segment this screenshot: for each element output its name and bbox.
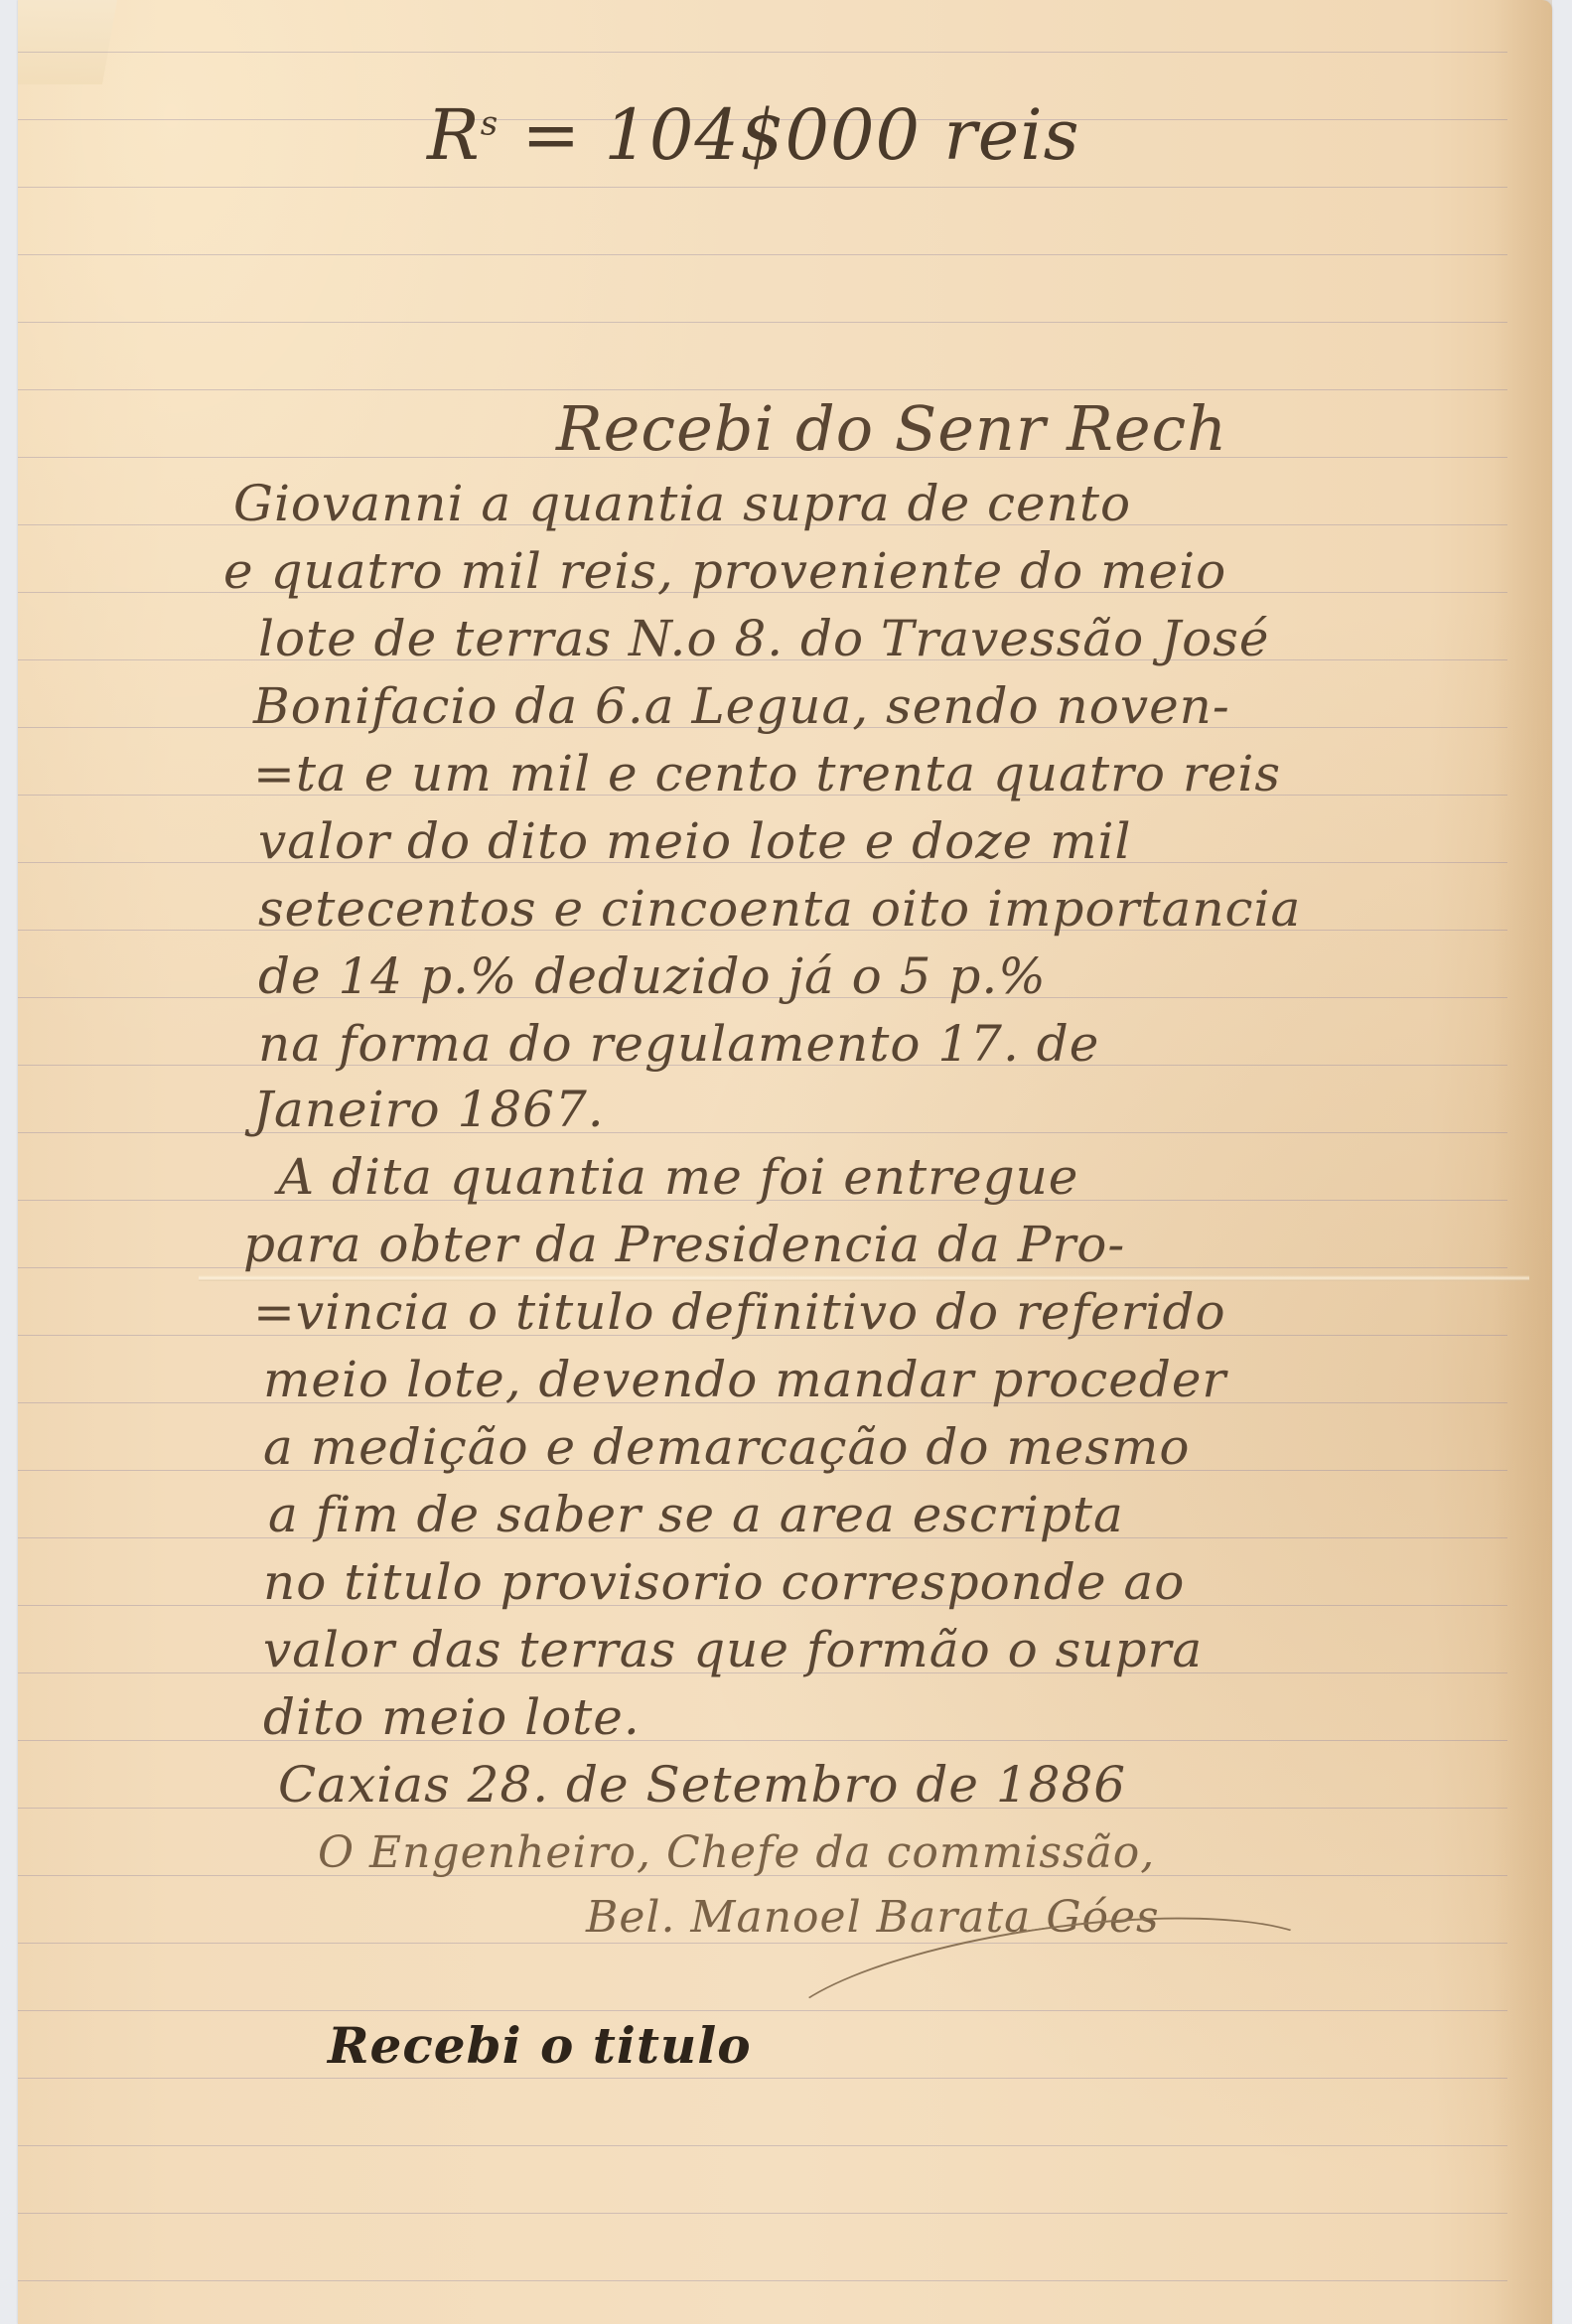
body-line: a medição e demarcação do mesmo [263, 1418, 1191, 1476]
amount-prefix: R [427, 94, 481, 176]
ruled-line [18, 2145, 1507, 2146]
ruled-line [18, 2280, 1507, 2281]
ruled-line [18, 2010, 1507, 2011]
body-line: Bonifacio da 6.a Legua, sendo noven- [253, 677, 1230, 735]
ruled-line [18, 1132, 1507, 1133]
amount-value: = 104$000 reis [521, 94, 1079, 176]
receipt-note: Recebi o titulo [328, 2016, 752, 2075]
body-line: no titulo provisorio corresponde ao [263, 1553, 1185, 1611]
body-line: dito meio lote. [263, 1688, 641, 1746]
body-line: valor das terras que formão o supra [263, 1621, 1203, 1678]
ruled-line [18, 389, 1507, 390]
body-line: Recebi do Senr Rech [556, 392, 1227, 465]
ruled-line [18, 1740, 1507, 1741]
body-line: =ta e um mil e cento trenta quatro reis [253, 745, 1281, 802]
ruled-line [18, 187, 1507, 188]
body-line: =vincia o titulo definitivo do referido [253, 1283, 1226, 1341]
body-line: na forma do regulamento 17. de [258, 1015, 1099, 1073]
body-line: para obter da Presidencia da Pro- [243, 1216, 1125, 1273]
fold-crease [199, 1275, 1529, 1281]
ruled-line [18, 254, 1507, 255]
amount-header: Rs = 104$000 reis [427, 94, 1080, 176]
ruled-line [18, 2213, 1507, 2214]
ruled-line [18, 322, 1507, 323]
place-date: Caxias 28. de Setembro de 1886 [278, 1756, 1126, 1814]
signature-title: O Engenheiro, Chefe da commissão, [318, 1827, 1155, 1878]
ruled-line [18, 2078, 1507, 2079]
body-line: A dita quantia me foi entregue [278, 1148, 1078, 1206]
body-line: Janeiro 1867. [253, 1081, 605, 1138]
body-line: setecentos e cincoenta oito importancia [258, 880, 1301, 938]
body-line: Giovanni a quantia supra de cento [233, 475, 1131, 532]
body-line: a fim de saber se a area escripta [268, 1486, 1124, 1543]
body-line: valor do dito meio lote e doze mil [258, 812, 1132, 870]
body-line: lote de terras N.o 8. do Travessão José [258, 610, 1269, 667]
amount-superscript: s [481, 104, 499, 144]
body-line: meio lote, devendo mandar proceder [263, 1351, 1226, 1408]
body-line: e quatro mil reis, proveniente do meio [223, 542, 1226, 600]
ruled-line [18, 52, 1507, 53]
body-line: de 14 p.% deduzido já o 5 p.% [258, 947, 1047, 1005]
